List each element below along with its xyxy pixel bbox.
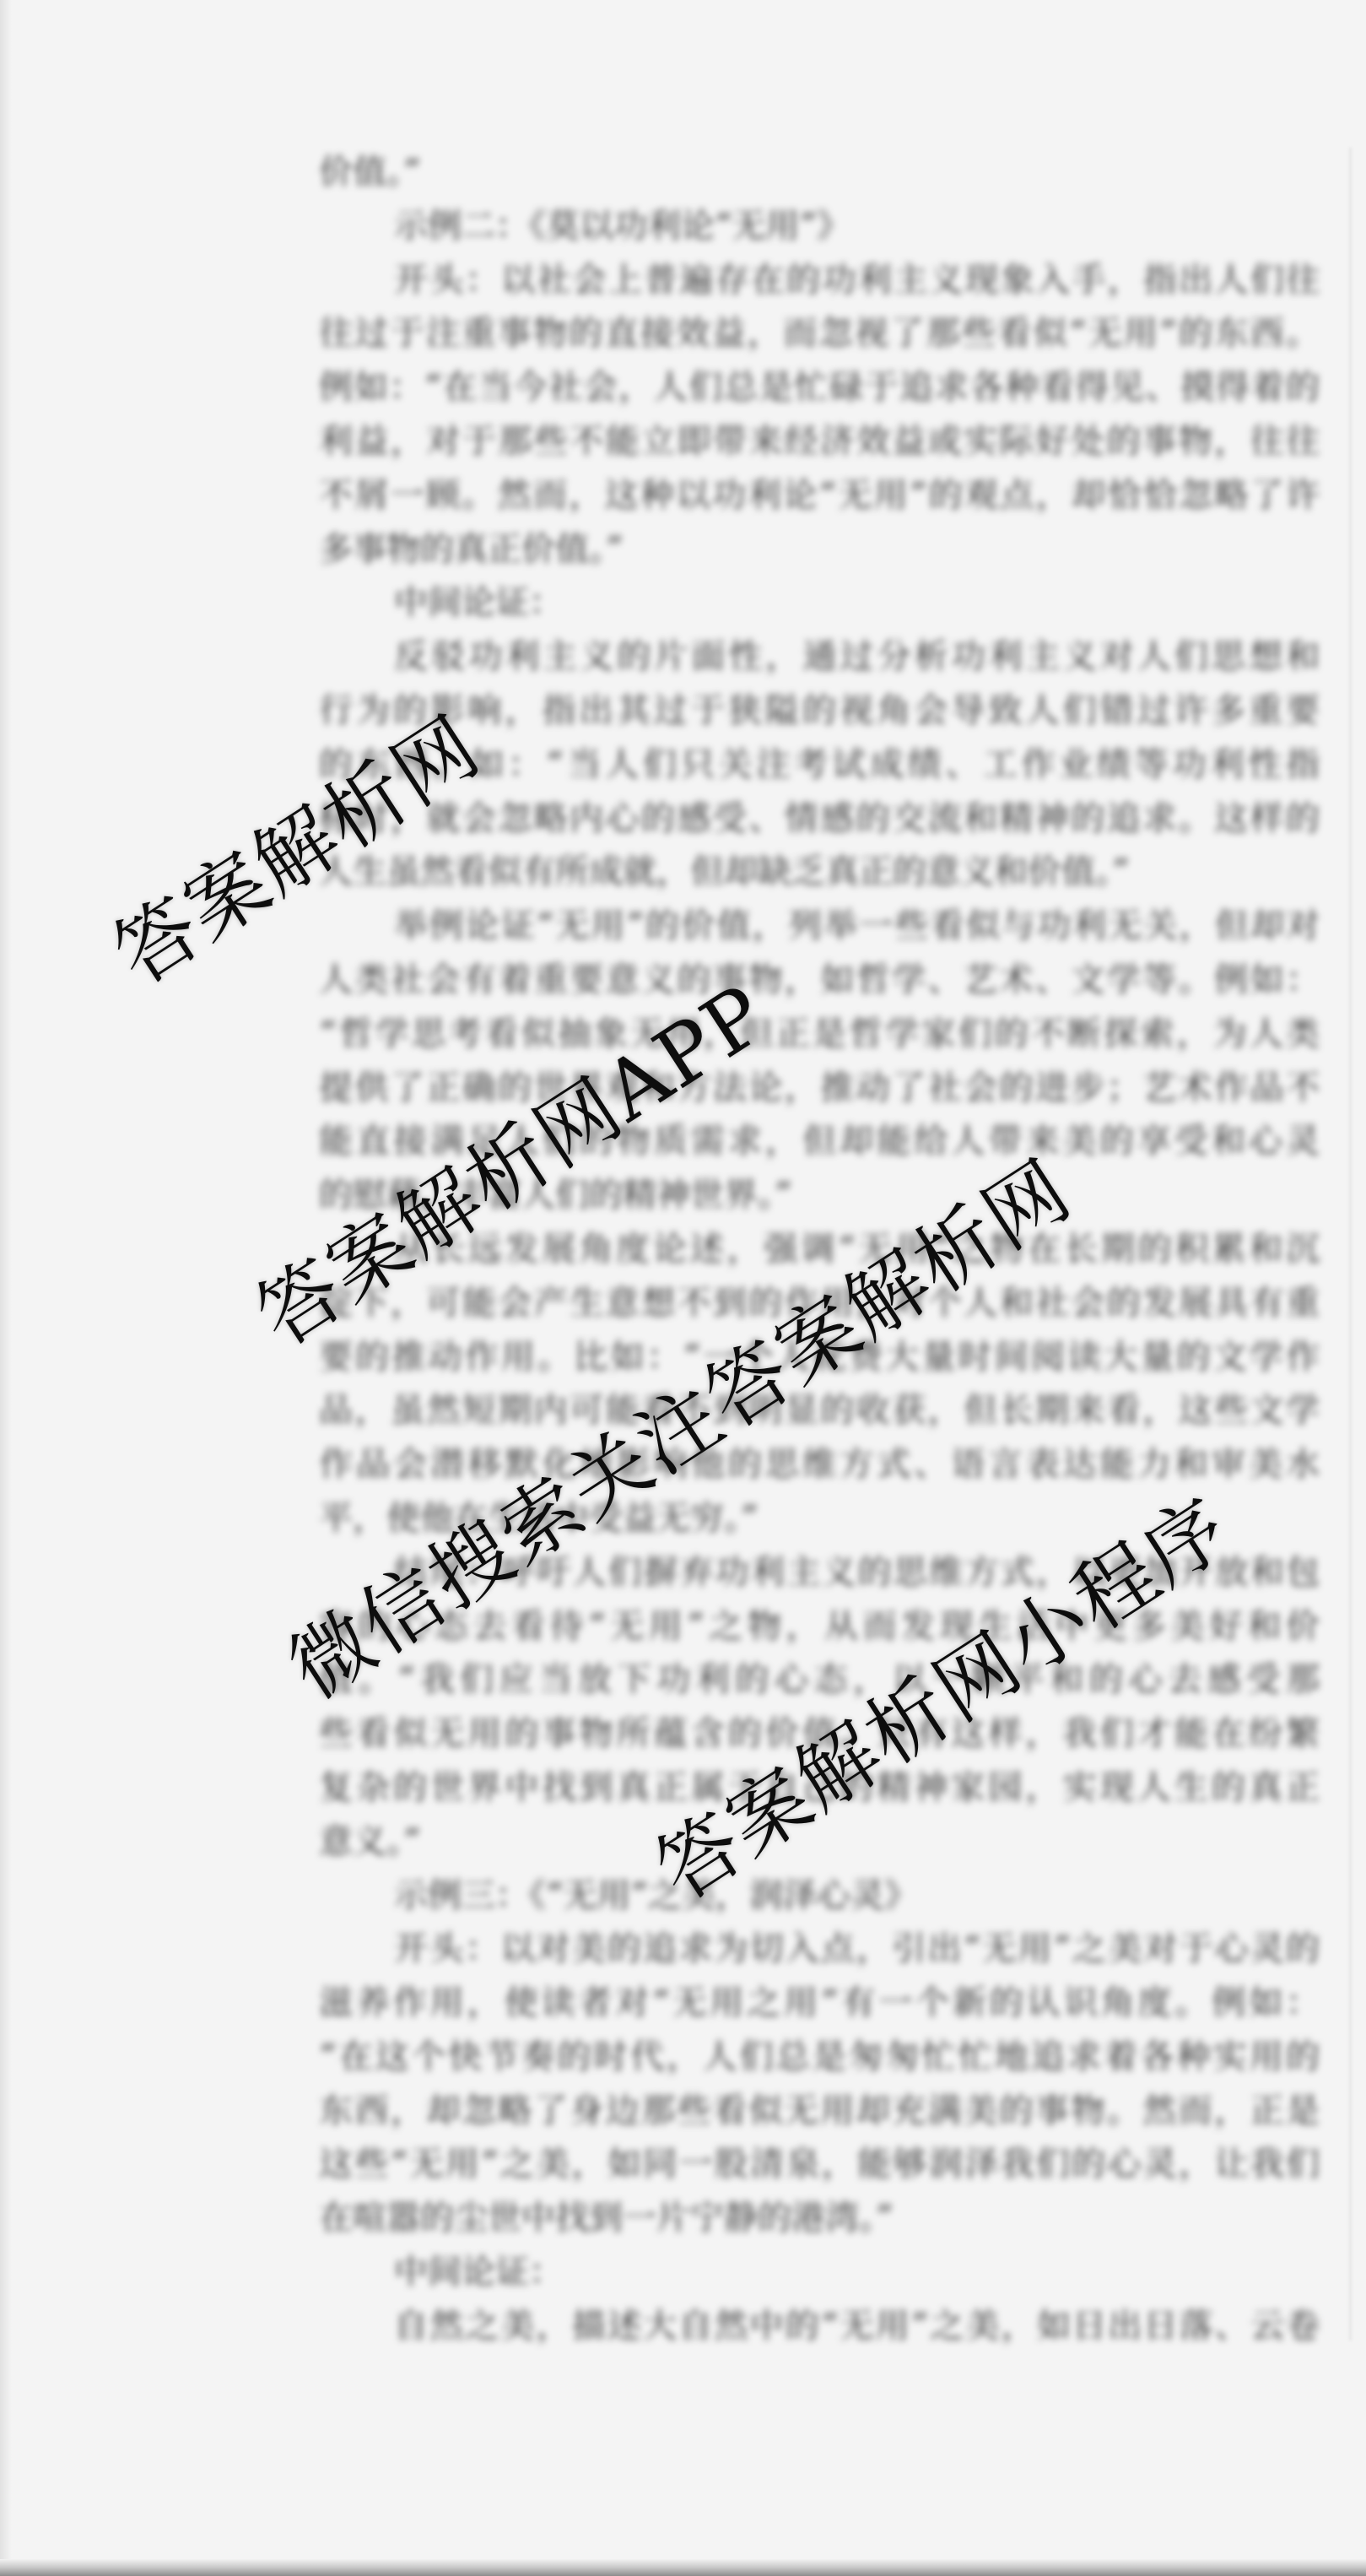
text-line: 人类社会有着重要意义的事物，如哲学、艺术、文学等。例如： <box>319 954 1320 1008</box>
text-line: 不屑一顾。然而，这种以功利论“无用”的观点，却恰恰忽略了许 <box>319 469 1320 523</box>
text-line: “在这个快节奏的时代，人们总是匆匆忙忙地追求着各种实用的 <box>319 2031 1320 2085</box>
section-heading: 示例三：《“无用”之美，润泽心灵》 <box>319 1870 1320 1924</box>
text-line: 反驳功利主义的片面性，通过分析功利主义对人们思想和 <box>319 630 1320 685</box>
text-line: 在喧嚣的尘世中找到一片宁静的港湾。” <box>319 2192 1320 2246</box>
text-line: 自然之美，描述大自然中的“无用”之美，如日出日落、云卷 <box>319 2300 1320 2354</box>
text-line: 值。“我们应当放下功利的心态，以一颗平和的心去感受那 <box>319 1653 1320 1707</box>
page-edge-shadow <box>0 0 12 2576</box>
text-line: 提供了正确的世界观和方法论，推动了社会的进步；艺术作品不 <box>319 1062 1320 1116</box>
text-line: 价值。” <box>319 146 1320 200</box>
text-line: 利益，对于那些不能立即带来经济效益或实际好处的事物，往往 <box>319 415 1320 469</box>
section-heading: 示例二：《莫以功利论“无用”》 <box>319 200 1320 254</box>
text-line: 举例论证“无用”的价值，列举一些看似与功利无关，但却对 <box>319 900 1320 954</box>
text-line: 滋养作用，使读者对“无用之用”有一个新的认识角度。例如： <box>319 1977 1320 2031</box>
text-line: 多事物的真正价值。” <box>319 523 1320 577</box>
text-line: 东西，却忽略了身边那些看似无用却充满美的事物。然而，正是 <box>319 2085 1320 2139</box>
text-line: 往过于注重事物的直接效益，而忽视了那些看似“无用”的东西。 <box>319 307 1320 361</box>
text-line: 例如：“在当今社会，人们总是忙碌于追求各种看得见、摸得着的 <box>319 361 1320 415</box>
text-line: 人生虽然看似有所成就，但却缺乏真正的意义和价值。” <box>319 846 1320 900</box>
subsection-heading: 中间论证： <box>319 2246 1320 2300</box>
text-line: 作品会潜移默化地影响他的思维方式、语言表达能力和审美水 <box>319 1438 1320 1492</box>
bottom-edge-band <box>0 2559 1366 2576</box>
text-line: “哲学思考看似抽象无用，但正是哲学家们的不断探索，为人类 <box>319 1008 1320 1062</box>
text-line: 这些“无用”之美，如同一股清泉，能够润泽我们的心灵，让我们 <box>319 2138 1320 2192</box>
text-line: 标时，就会忽略内心的感受、情感的交流和精神的追求。这样的 <box>319 793 1320 847</box>
text-line: 行为的影响，指出其过于狭隘的视角会导致人们错过许多重要 <box>319 685 1320 739</box>
text-line: 开头：以对美的追求为切入点，引出“无用”之美对于心灵的 <box>319 1923 1320 1977</box>
text-line: 开头：以社会上普遍存在的功利主义现象入手，指出人们往 <box>319 254 1320 308</box>
subsection-heading: 中间论证： <box>319 576 1320 630</box>
page-margin-rule <box>1349 148 1352 2341</box>
